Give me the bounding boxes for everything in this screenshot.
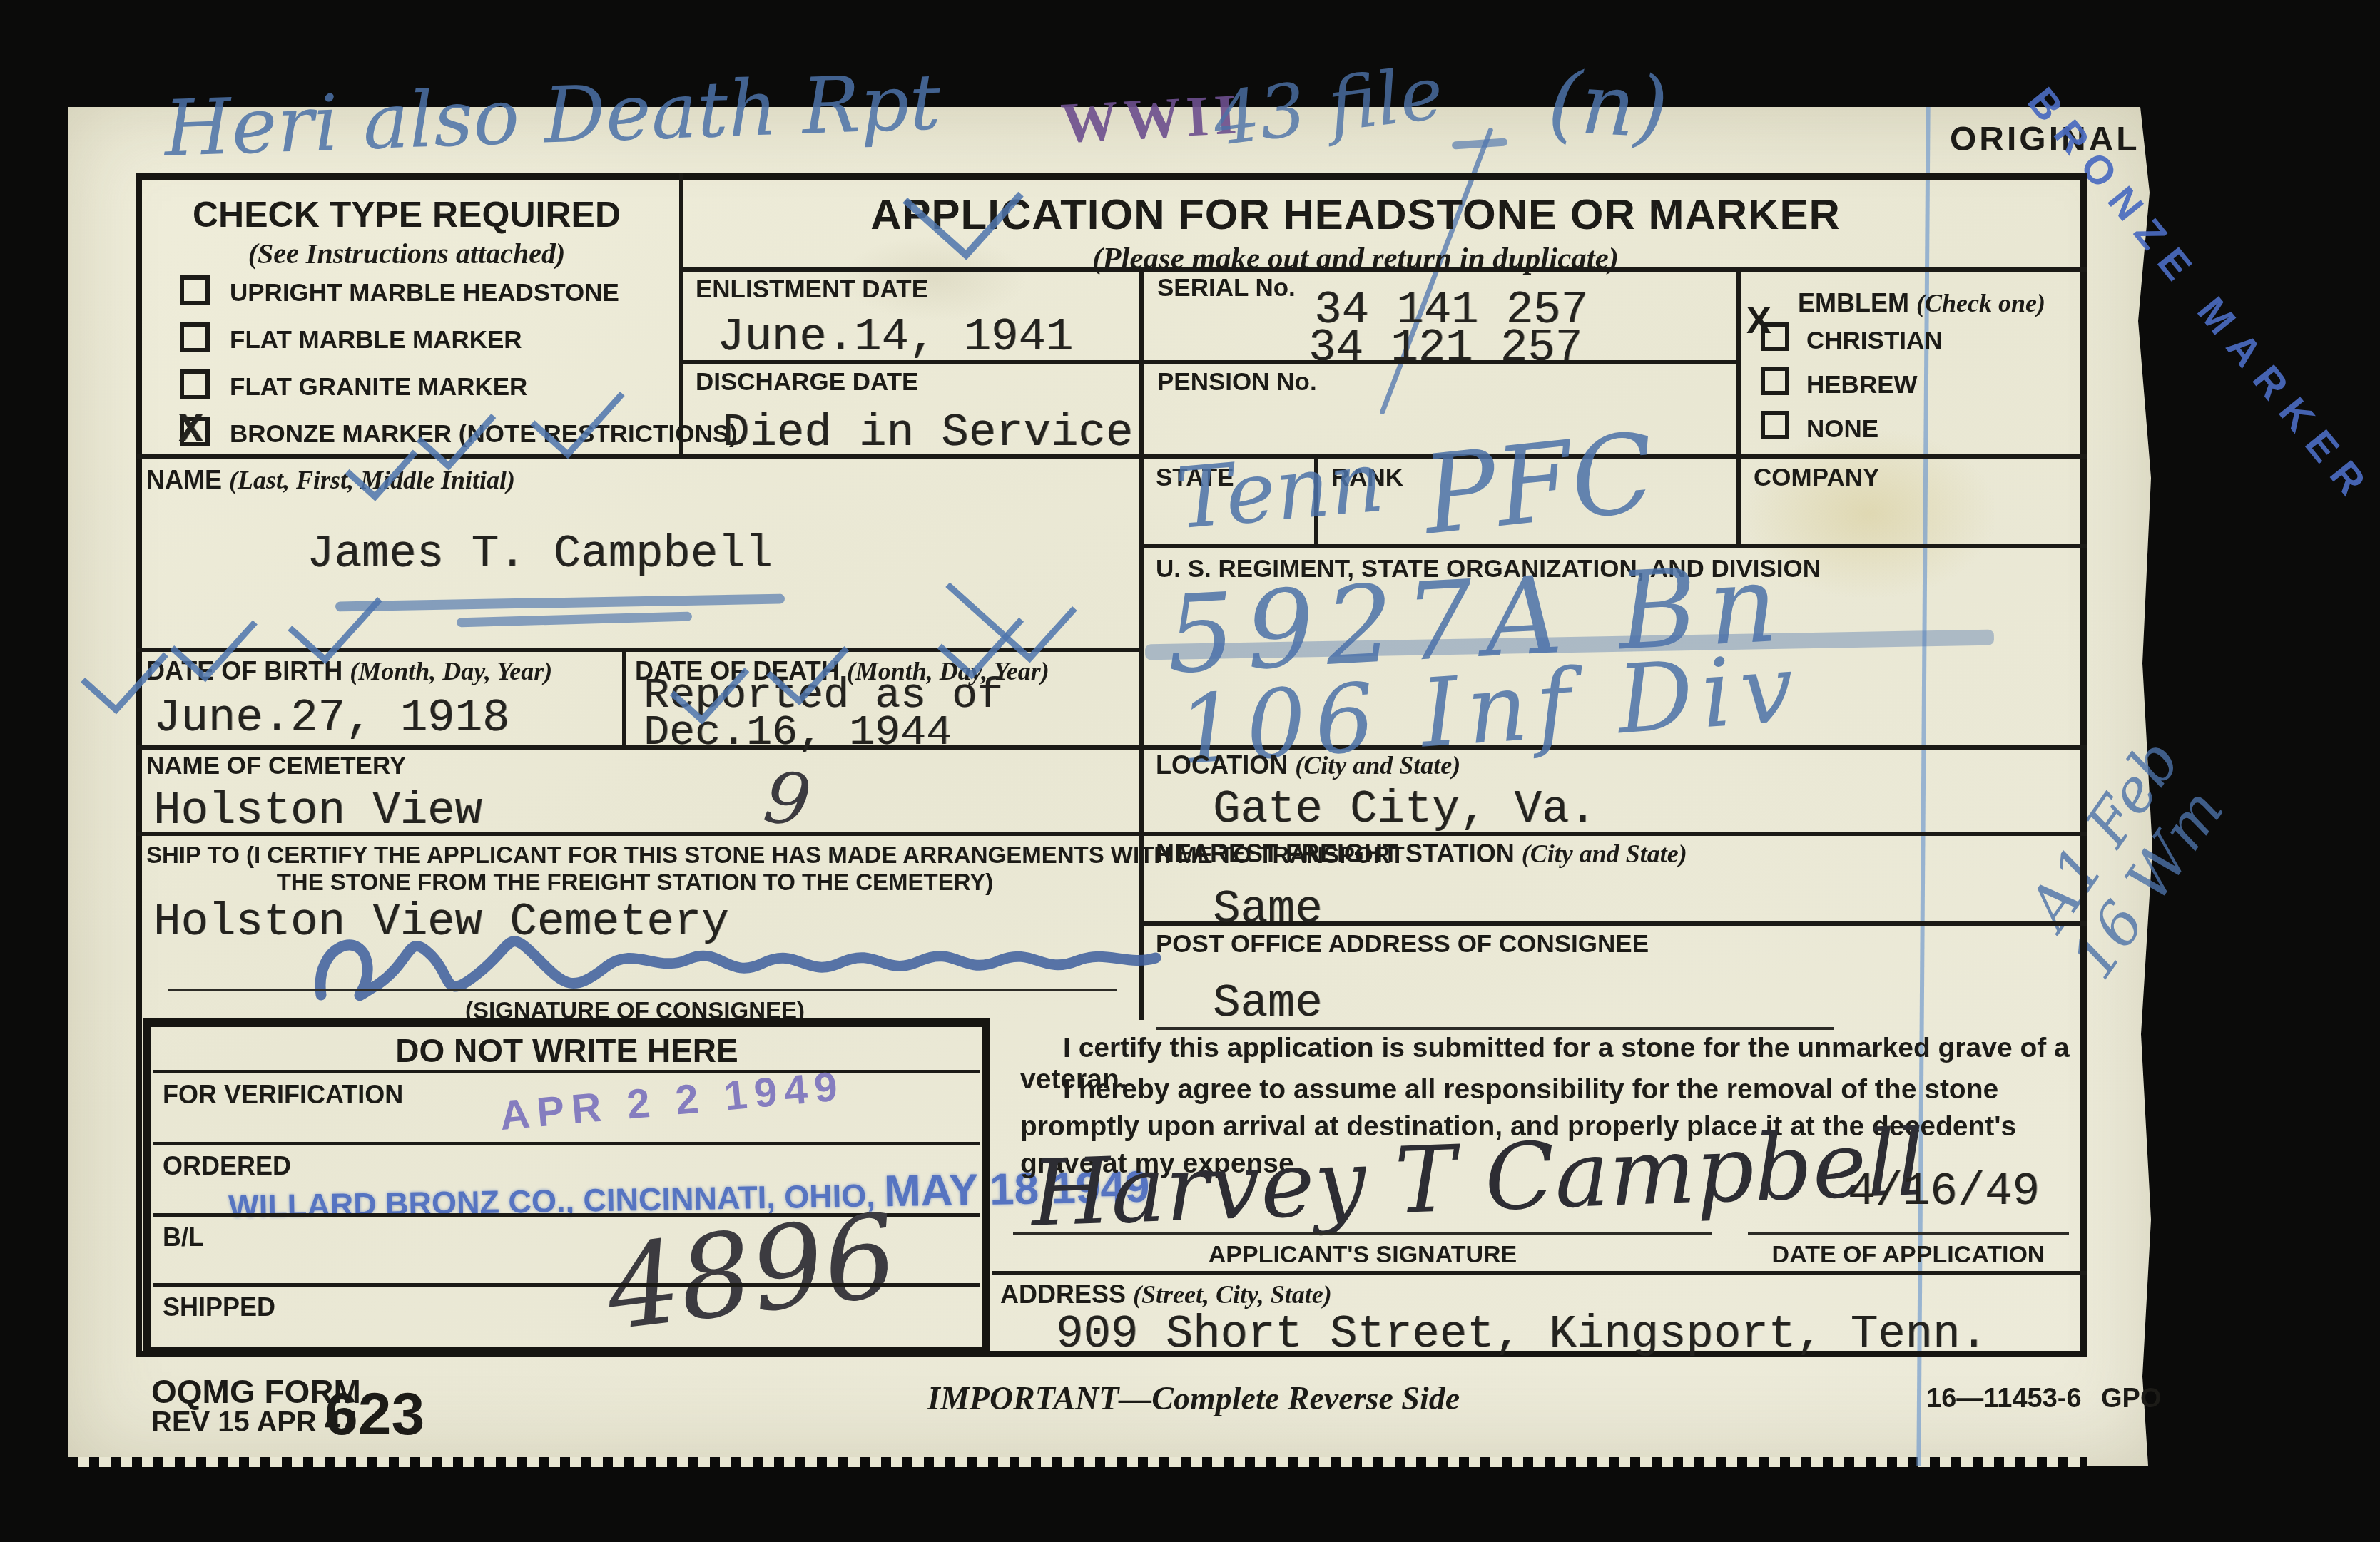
ship-to-label-2: THE STONE FROM THE FREIGHT STATION TO TH… — [146, 869, 1124, 896]
rule — [153, 1283, 980, 1287]
checkbox-flat-granite — [180, 369, 210, 399]
rule — [137, 745, 2087, 750]
name-label: NAME (Last, First, Middle Initial) — [146, 465, 515, 495]
check-type-title: CHECK TYPE REQUIRED — [171, 194, 642, 235]
form-number: 623 — [325, 1379, 424, 1449]
dod-value-2: Dec.16, 1944 — [644, 709, 952, 757]
form-subtitle: (Please make out and return in duplicate… — [749, 241, 1962, 276]
location-value: Gate City, Va. — [1213, 785, 1597, 836]
rank-value: PFC — [1418, 409, 1661, 559]
signature-line — [1748, 1232, 2069, 1235]
checkbox-hebrew — [1761, 367, 1789, 395]
enlistment-date-label: ENLISTMENT DATE — [696, 275, 928, 304]
cemetery-label: NAME OF CEMETERY — [146, 752, 406, 780]
address-value: 909 Short Street, Kingsport, Tenn. — [1056, 1309, 1988, 1361]
discharge-date-label: DISCHARGE DATE — [696, 368, 918, 397]
application-date-caption: DATE OF APPLICATION — [1748, 1241, 2069, 1269]
top-handwritten-note-3: (n) — [1546, 53, 1671, 158]
option-hebrew: HEBREW — [1806, 371, 1918, 399]
rule — [622, 648, 626, 750]
for-verification-label: FOR VERIFICATION — [163, 1080, 403, 1110]
rule — [153, 1142, 980, 1145]
print-code: 16—11453-6 — [1926, 1384, 2082, 1414]
applicant-signature-caption: APPLICANT'S SIGNATURE — [1070, 1241, 1655, 1269]
rule — [1141, 544, 2087, 548]
rule — [1156, 1027, 1834, 1030]
option-flat-marble: FLAT MARBLE MARKER — [230, 326, 522, 354]
rule — [153, 1070, 980, 1073]
freight-value: Same — [1213, 884, 1323, 936]
option-none: NONE — [1806, 415, 1878, 444]
enlistment-date-value: June.14, 1941 — [717, 312, 1073, 364]
gpo-label: GPO — [2101, 1384, 2161, 1414]
option-flat-granite: FLAT GRANITE MARKER — [230, 373, 527, 402]
bronze-marker-x: X — [178, 408, 203, 454]
rule — [1139, 267, 1144, 1020]
state-value: Tenn — [1172, 432, 1388, 548]
christian-x: X — [1746, 300, 1771, 342]
emblem-label: EMBLEM (Check one) — [1798, 288, 2045, 318]
option-christian: CHRISTIAN — [1806, 327, 1943, 355]
discharge-date-value: Died in Service — [722, 408, 1133, 459]
rule — [679, 173, 683, 459]
signature-line — [1013, 1232, 1712, 1235]
application-date-value: 4/16/49 — [1848, 1167, 2040, 1218]
checkbox-none — [1761, 411, 1789, 439]
signature-line — [168, 989, 1117, 991]
pension-no-label: PENSION No. — [1157, 368, 1317, 397]
consignee-signature — [300, 916, 1199, 1009]
rule — [1736, 267, 1741, 548]
company-label: COMPANY — [1754, 464, 1879, 492]
dob-value: June.27, 1918 — [153, 693, 509, 745]
check-type-subtitle: (See Instructions attached) — [171, 237, 642, 270]
option-upright-marble: UPRIGHT MARBLE HEADSTONE — [230, 279, 619, 307]
serial-no-label: SERIAL No. — [1157, 274, 1296, 302]
ship-to-label-1: SHIP TO (I CERTIFY THE APPLICANT FOR THI… — [146, 842, 1405, 869]
checkbox-upright-marble — [180, 275, 210, 305]
important-note: IMPORTANT—Complete Reverse Side — [927, 1379, 1460, 1417]
location-label: LOCATION (City and State) — [1156, 750, 1460, 780]
shipped-label: SHIPPED — [163, 1292, 275, 1322]
serial-no-value-2: 34 121 257 — [1308, 323, 1582, 374]
cemetery-value: Holston View — [153, 786, 482, 837]
do-not-write-title: DO NOT WRITE HERE — [151, 1031, 982, 1070]
bl-label: B/L — [163, 1222, 204, 1252]
card-perforated-edge — [68, 1457, 2087, 1467]
name-value: James T. Campbell — [307, 529, 773, 581]
scanned-document-photo: Heri also Death Rpt WWII 43 file (n) ORI… — [0, 0, 2380, 1542]
post-office-value: Same — [1213, 979, 1323, 1030]
address-label: ADDRESS (Street, City, State) — [1000, 1280, 1332, 1309]
rule — [992, 1271, 2087, 1275]
post-office-label: POST OFFICE ADDRESS OF CONSIGNEE — [1156, 930, 1649, 959]
checkbox-flat-marble — [180, 322, 210, 352]
